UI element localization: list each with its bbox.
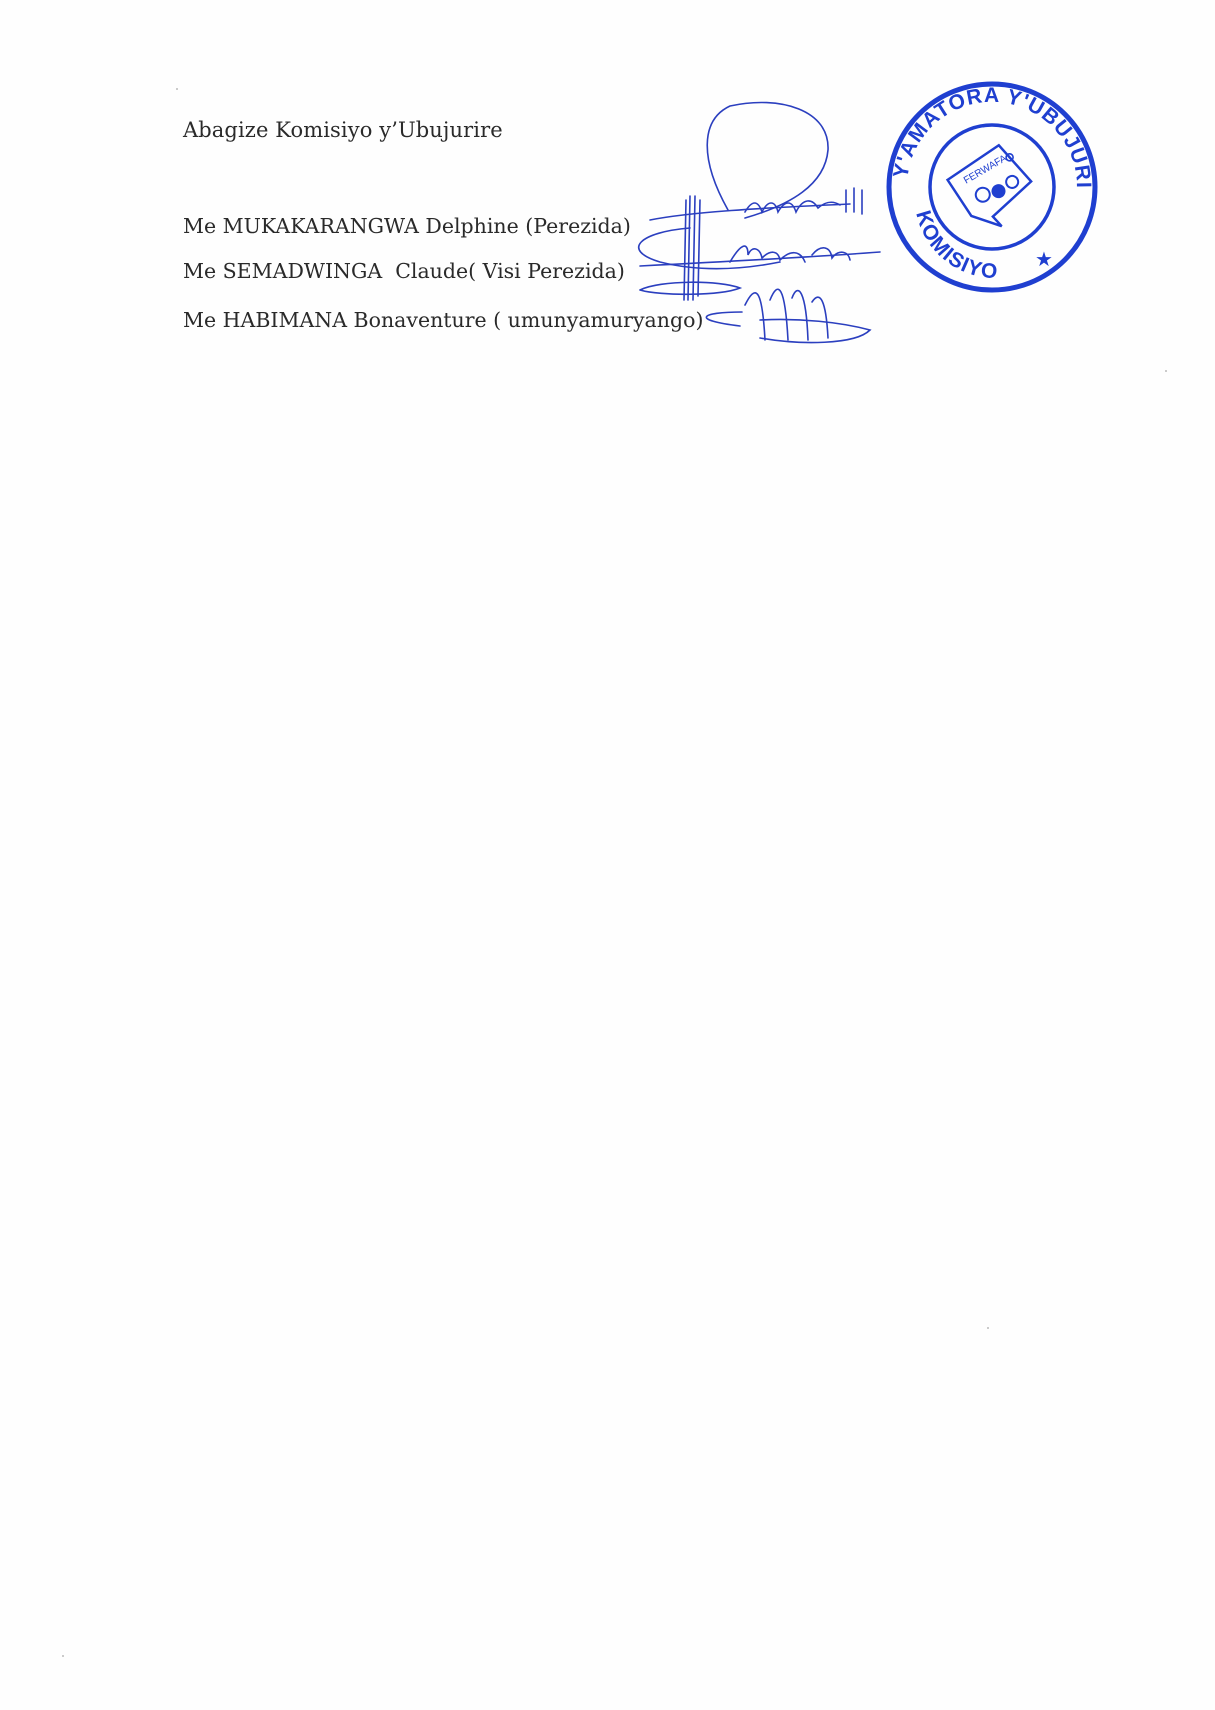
scan-speck (987, 1327, 989, 1329)
svg-text:KOMISIYO: KOMISIYO (911, 208, 999, 284)
scan-speck (1165, 370, 1167, 372)
member-line-vice-president: Me SEMADWINGA Claude( Visi Perezida) (183, 259, 625, 283)
star-icon: ★ (1035, 247, 1053, 271)
commission-heading: Abagize Komisiyo y’Ubujurire (183, 118, 503, 142)
member-line-member: Me HABIMANA Bonaventure ( umunyamuryango… (183, 308, 703, 332)
member-line-president: Me MUKAKARANGWA Delphine (Perezida) (183, 214, 631, 238)
scan-speck (176, 88, 178, 90)
commission-stamp-icon: Y'AMATORA Y'UBUJURIRE KOMISIYO FERWAFA ★ (885, 80, 1100, 295)
svg-text:FERWAFA: FERWAFA (962, 153, 1009, 187)
scan-speck (62, 1655, 64, 1657)
document-page: Abagize Komisiyo y’Ubujurire Me MUKAKARA… (0, 0, 1215, 1710)
